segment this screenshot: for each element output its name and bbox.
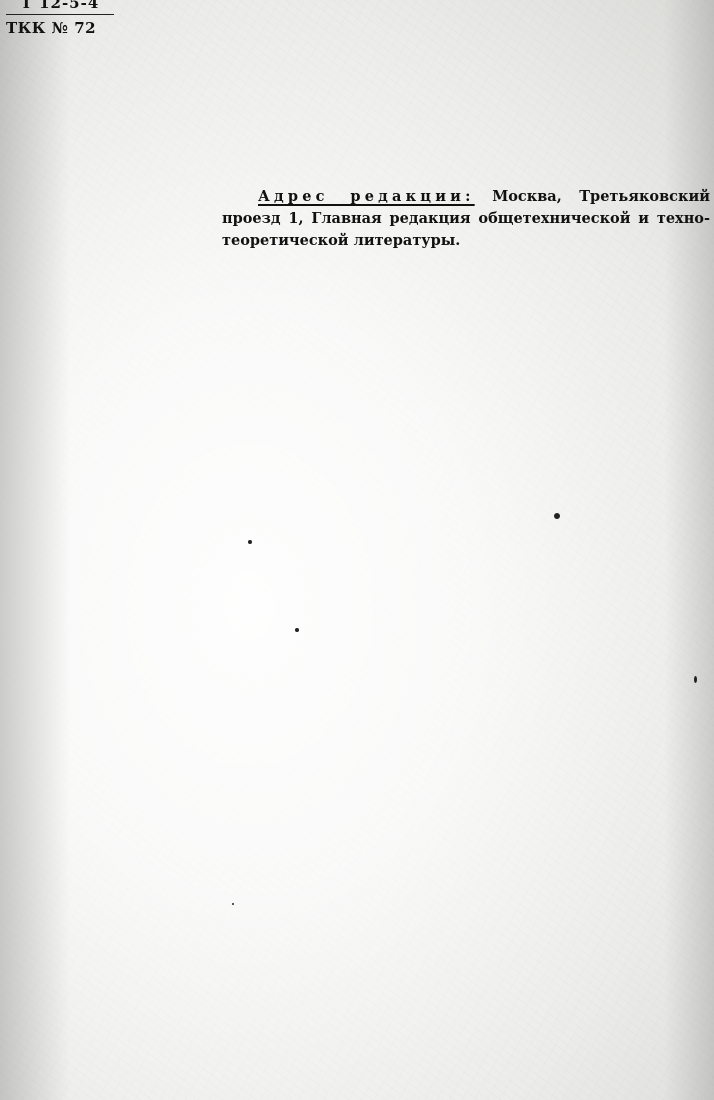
- paper-background: [0, 0, 714, 1100]
- editorial-address: Адрес редакции: Москва, Третьяковский пр…: [222, 186, 710, 252]
- catalog-code: Т 12-5-4: [6, 0, 114, 15]
- speck: [232, 903, 234, 905]
- speck: [554, 513, 560, 519]
- address-label: Адрес редакции:: [258, 188, 475, 205]
- page-edge-shadow-left: [0, 0, 70, 1100]
- speck: [694, 676, 697, 683]
- speck: [248, 540, 252, 544]
- speck: [295, 628, 299, 632]
- page-edge-shadow-right: [664, 0, 714, 1100]
- catalog-stamp: Т 12-5-4 ТКК № 72: [6, 0, 114, 36]
- tkk-number: ТКК № 72: [6, 15, 114, 36]
